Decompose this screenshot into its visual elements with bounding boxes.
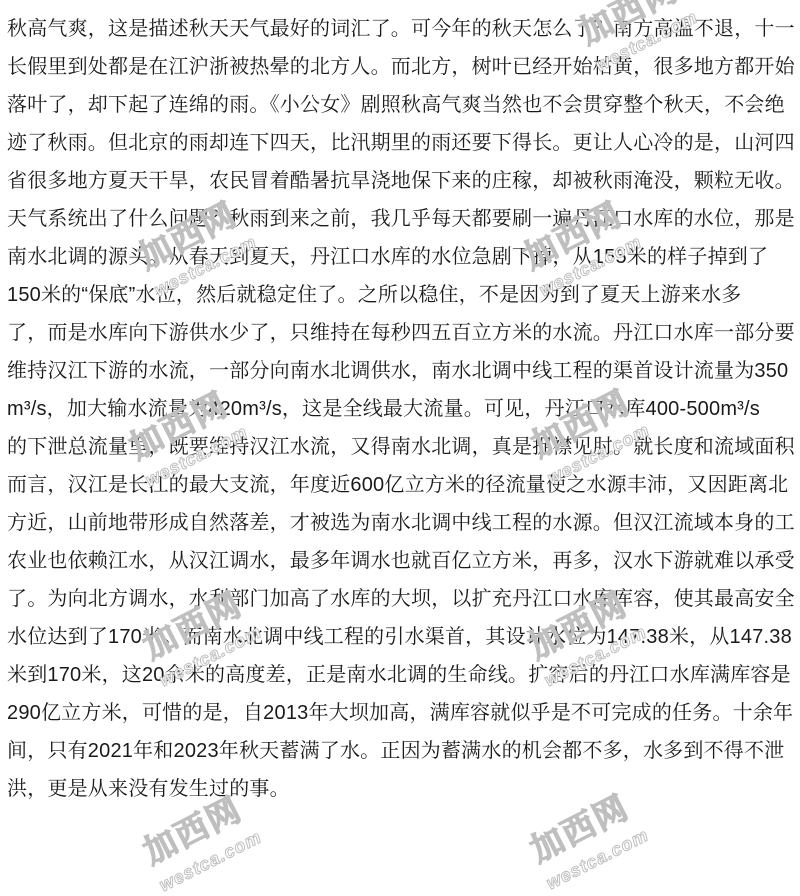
text-line-15: 农业也依赖江水，从汉江调水，最多年调水也就百亿立方米，再多，汉水下游就难以承受 <box>7 542 800 580</box>
text-line-4: 迹了秋雨。但北京的雨却连下四天，比汛期里的雨还要下得长。更让人心冷的是，山河四 <box>7 124 800 162</box>
text-line-1: 秋高气爽，这是描述秋天天气最好的词汇了。可今年的秋天怎么了？南方高温不退，十一 <box>7 10 800 48</box>
text-line-20: 间，只有2021年和2023年秋天蓄满了水。正因为蓄满水的机会都不多，水多到不得… <box>7 732 800 770</box>
text-line-2: 长假里到处都是在江沪浙被热晕的北方人。而北方，树叶已经开始枯黄，很多地方都开始 <box>7 48 800 86</box>
text-line-5: 省很多地方夏天干旱，农民冒着酷暑抗旱浇地保下来的庄稼，却被秋雨淹没，颗粒无收。 <box>7 162 800 200</box>
text-line-6: 天气系统出了什么问题？秋雨到来之前，我几乎每天都要刷一遍丹江口水库的水位，那是 <box>7 200 800 238</box>
article-text: 秋高气爽，这是描述秋天天气最好的词汇了。可今年的秋天怎么了？南方高温不退，十一 … <box>0 0 800 808</box>
text-line-7: 南水北调的源头。从春天到夏天，丹江口水库的水位急剧下掉，从155米的样子掉到了 <box>7 238 800 276</box>
text-line-21: 洪，更是从来没有发生过的事。 <box>7 770 800 808</box>
text-line-11: m³/s，加大输水流量为420m³/s，这是全线最大流量。可见，丹江口水库400… <box>7 390 800 428</box>
text-line-14: 方近，山前地带形成自然落差，才被选为南水北调中线工程的水源。但汉江流域本身的工 <box>7 504 800 542</box>
text-line-17: 水位达到了170米。而南水北调中线工程的引水渠首，其设计水位为147.38米，从… <box>7 618 800 656</box>
text-line-9: 了，而是水库向下游供水少了，只维持在每秒四五百立方米的水流。丹江口水库一部分要 <box>7 314 800 352</box>
article-page: 秋高气爽，这是描述秋天天气最好的词汇了。可今年的秋天怎么了？南方高温不退，十一 … <box>0 0 800 896</box>
text-line-12: 的下泄总流量里，既要维持汉江水流，又得南水北调，真是捉襟见肘。就长度和流域面积 <box>7 428 800 466</box>
text-line-19: 290亿立方米，可惜的是，自2013年大坝加高，满库容就似乎是不可完成的任务。十… <box>7 694 800 732</box>
text-line-8: 150米的“保底”水位，然后就稳定住了。之所以稳住，不是因为到了夏天上游来水多 <box>7 276 800 314</box>
text-line-3: 落叶了，却下起了连绵的雨。《小公女》剧照秋高气爽当然也不会贯穿整个秋天，不会绝 <box>7 86 800 124</box>
text-line-18: 米到170米，这20余米的高度差，正是南水北调的生命线。扩容后的丹江口水库满库容… <box>7 656 800 694</box>
watermark-site-domain: westca.com <box>156 827 265 896</box>
text-line-13: 而言，汉江是长江的最大支流，年度近600亿立方米的径流量使之水源丰沛，又因距离北 <box>7 466 800 504</box>
watermark-site-domain: westca.com <box>543 825 652 894</box>
text-line-16: 了。为向北方调水，水利部门加高了水库的大坝，以扩充丹江口水库库容，使其最高安全 <box>7 580 800 618</box>
text-line-10: 维持汉江下游的水流，一部分向南水北调供水，南水北调中线工程的渠首设计流量为350 <box>7 352 800 390</box>
